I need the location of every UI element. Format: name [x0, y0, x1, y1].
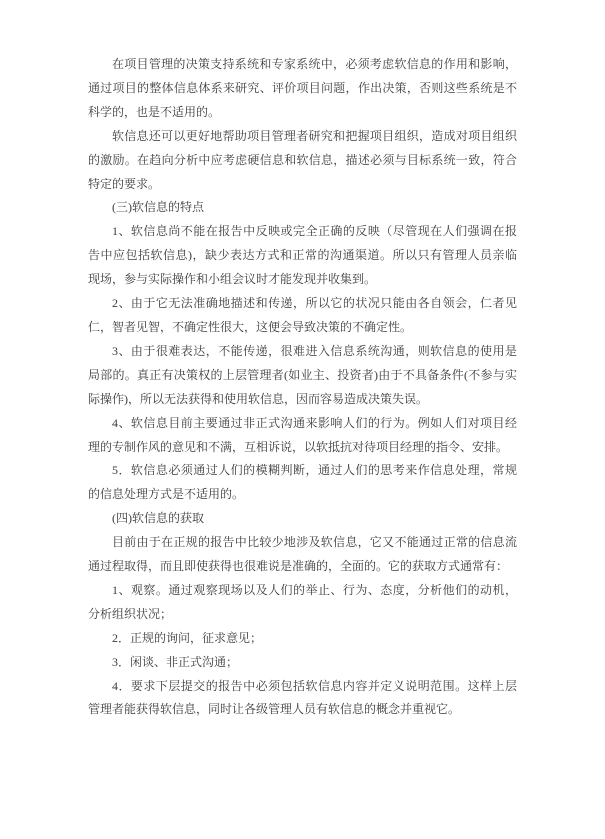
paragraph-line: 特定的要求。: [88, 173, 517, 197]
paragraph-line: 软信息还可以更好地帮助项目管理者研究和把握项目组织，造成对项目组织: [88, 125, 517, 149]
section-heading: (三)软信息的特点: [88, 196, 517, 220]
paragraph: 4．要求下层提交的报告中必须包括软信息内容并定义说明范围。这样上层管理者能获得软…: [88, 675, 517, 723]
paragraph-line: 际操作)，所以无法获得和使用软信息，因而容易造成决策失误。: [88, 388, 517, 412]
paragraph-line: 通过项目的整体信息体系来研究、评价项目问题，作出决策，否则这些系统是不: [88, 77, 517, 101]
paragraph-line: 现场，参与实际操作和小组会议时才能发现并收集到。: [88, 268, 517, 292]
paragraph-line: 分析组织状况；: [88, 603, 517, 627]
section-heading: (四)软信息的获取: [88, 507, 517, 531]
paragraph-line: 管理者能获得软信息，同时让各级管理人员有软信息的概念并重视它。: [88, 698, 517, 722]
paragraph: 1、观察。通过观察现场以及人们的举止、行为、态度，分析他们的动机，分析组织状况；: [88, 579, 517, 627]
paragraph: 1、软信息尚不能在报告中反映或完全正确的反映（尽管现在人们强调在报告中应包括软信…: [88, 220, 517, 292]
paragraph: 2、由于它无法准确地描述和传递，所以它的状况只能由各自领会，仁者见仁，智者见智，…: [88, 292, 517, 340]
paragraph-line: 1、软信息尚不能在报告中反映或完全正确的反映（尽管现在人们强调在报: [88, 220, 517, 244]
paragraph-line: 在项目管理的决策支持系统和专家系统中，必须考虑软信息的作用和影响，: [88, 53, 517, 77]
paragraph-line: 4、软信息目前主要通过非正式沟通来影响人们的行为。例如人们对项目经: [88, 412, 517, 436]
paragraph: 目前由于在正规的报告中比较少地涉及软信息，它又不能通过正常的信息流通过程取得，而…: [88, 531, 517, 579]
paragraph-line: 仁，智者见智，不确定性很大，这便会导致决策的不确定性。: [88, 316, 517, 340]
paragraph-line: 2．正规的询问，征求意见；: [88, 627, 517, 651]
paragraph-line: 目前由于在正规的报告中比较少地涉及软信息，它又不能通过正常的信息流: [88, 531, 517, 555]
paragraph-line: 通过程取得，而且即使获得也很难说是准确的，全面的。它的获取方式通常有：: [88, 555, 517, 579]
paragraph-line: 告中应包括软信息)，缺少表达方式和正常的沟通渠道。所以只有管理人员亲临: [88, 244, 517, 268]
paragraph-line: 3、由于很难表达，不能传递，很难进入信息系统沟通，则软信息的使用是: [88, 340, 517, 364]
paragraph: 3．闲谈、非正式沟通；: [88, 651, 517, 675]
paragraph-line: 科学的，也是不适用的。: [88, 101, 517, 125]
paragraph-line: (三)软信息的特点: [88, 196, 517, 220]
paragraph-line: 5．软信息必须通过人们的模糊判断，通过人们的思考来作信息处理，常规: [88, 459, 517, 483]
paragraph-line: 的激励。在趋向分析中应考虑硬信息和软信息，描述必须与目标系统一致，符合: [88, 149, 517, 173]
paragraph-line: 4．要求下层提交的报告中必须包括软信息内容并定义说明范围。这样上层: [88, 675, 517, 699]
paragraph: 2．正规的询问，征求意见；: [88, 627, 517, 651]
paragraph: 3、由于很难表达，不能传递，很难进入信息系统沟通，则软信息的使用是局部的。真正有…: [88, 340, 517, 412]
paragraph-line: 3．闲谈、非正式沟通；: [88, 651, 517, 675]
paragraph-line: 局部的。真正有决策权的上层管理者(如业主、投资者)由于不具备条件(不参与实: [88, 364, 517, 388]
paragraph-line: (四)软信息的获取: [88, 507, 517, 531]
paragraph-line: 理的专制作风的意见和不满，互相诉说，以软抵抗对待项目经理的指令、安排。: [88, 436, 517, 460]
paragraph: 5．软信息必须通过人们的模糊判断，通过人们的思考来作信息处理，常规的信息处理方式…: [88, 459, 517, 507]
paragraph: 软信息还可以更好地帮助项目管理者研究和把握项目组织，造成对项目组织的激励。在趋向…: [88, 125, 517, 197]
paragraph: 在项目管理的决策支持系统和专家系统中，必须考虑软信息的作用和影响，通过项目的整体…: [88, 53, 517, 125]
paragraph-line: 1、观察。通过观察现场以及人们的举止、行为、态度，分析他们的动机，: [88, 579, 517, 603]
paragraph: 4、软信息目前主要通过非正式沟通来影响人们的行为。例如人们对项目经理的专制作风的…: [88, 412, 517, 460]
paragraph-line: 2、由于它无法准确地描述和传递，所以它的状况只能由各自领会，仁者见: [88, 292, 517, 316]
paragraph-line: 的信息处理方式是不适用的。: [88, 483, 517, 507]
document-body: 在项目管理的决策支持系统和专家系统中，必须考虑软信息的作用和影响，通过项目的整体…: [88, 53, 517, 722]
